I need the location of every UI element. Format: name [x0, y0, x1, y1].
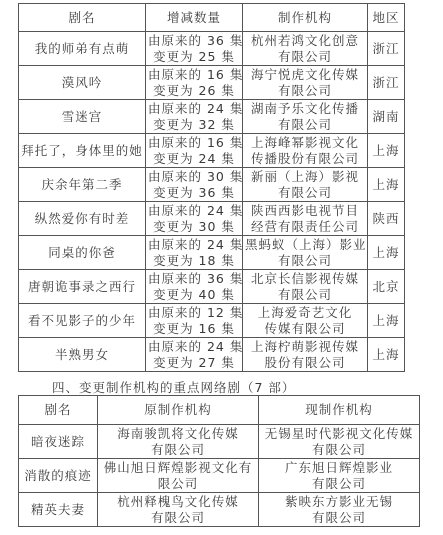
- header-change: 增减数量: [146, 4, 243, 32]
- table-row: 雪迷宫 由原来的 24 集变更为 32 集 湖南予乐文化传播有限公司 湖南: [19, 100, 405, 134]
- table-row: 漠风吟 由原来的 16 集变更为 26 集 海宁悦虎文化传媒有限公司 浙江: [19, 66, 405, 100]
- region: 北京: [368, 270, 405, 304]
- region: 湖南: [368, 100, 405, 134]
- table-header-row: 剧名 原制作机构 现制作机构: [19, 396, 420, 425]
- new-company: 紫映东方影业无锡有限公司: [259, 493, 420, 527]
- production-company: 黑蚂蚁（上海）影业有限公司: [243, 236, 368, 270]
- drama-title: 消散的痕迹: [19, 459, 98, 493]
- region: 浙江: [368, 32, 405, 66]
- header-original-company: 原制作机构: [98, 396, 259, 425]
- table-row: 半熟男女 由原来的 24 集变更为 27 集 上海柠萌影视传媒股份有限公司 上海: [19, 338, 405, 372]
- original-company: 海南骏凯将文化传媒有限公司: [98, 425, 259, 459]
- episode-change: 由原来的 24 集变更为 30 集: [146, 202, 243, 236]
- table-row: 纵然爱你有时差 由原来的 24 集变更为 30 集 陕西西影电视节目经营有限责任…: [19, 202, 405, 236]
- episode-change: 由原来的 24 集变更为 32 集: [146, 100, 243, 134]
- table-row: 同桌的你爸 由原来的 24 集变更为 18 集 黑蚂蚁（上海）影业有限公司 上海: [19, 236, 405, 270]
- table-row: 精英夫妻 杭州释槐鸟文化传媒有限公司 紫映东方影业无锡有限公司: [19, 493, 420, 527]
- production-company: 上海爱奇艺文化传媒有限公司: [243, 304, 368, 338]
- section-heading: 四、变更制作机构的重点网络剧（7 部）: [52, 380, 295, 396]
- region: 上海: [368, 338, 405, 372]
- drama-title: 半熟男女: [19, 338, 146, 372]
- table-row: 消散的痕迹 佛山旭日辉煌影视文化有限公司 广东旭日辉煌影业有限公司: [19, 459, 420, 493]
- production-company: 陕西西影电视节目经营有限责任公司: [243, 202, 368, 236]
- drama-title: 雪迷宫: [19, 100, 146, 134]
- episode-change: 由原来的 36 集变更为 25 集: [146, 32, 243, 66]
- table-row: 我的师弟有点萌 由原来的 36 集变更为 25 集 杭州若鸿文化创意有限公司 浙…: [19, 32, 405, 66]
- new-company: 广东旭日辉煌影业有限公司: [259, 459, 420, 493]
- episode-change: 由原来的 24 集变更为 27 集: [146, 338, 243, 372]
- drama-title: 我的师弟有点萌: [19, 32, 146, 66]
- production-company: 上海峰幂影视文化传播股份有限公司: [243, 134, 368, 168]
- original-company: 杭州释槐鸟文化传媒有限公司: [98, 493, 259, 527]
- drama-title: 精英夫妻: [19, 493, 98, 527]
- episode-change: 由原来的 16 集变更为 26 集: [146, 66, 243, 100]
- drama-title: 唐朝诡事录之西行: [19, 270, 146, 304]
- region: 浙江: [368, 66, 405, 100]
- drama-title: 拜托了，身体里的她: [19, 134, 146, 168]
- production-company: 海宁悦虎文化传媒有限公司: [243, 66, 368, 100]
- region: 陕西: [368, 202, 405, 236]
- original-company: 佛山旭日辉煌影视文化有限公司: [98, 459, 259, 493]
- episode-change-table: 剧名 增减数量 制作机构 地区 我的师弟有点萌 由原来的 36 集变更为 25 …: [18, 3, 405, 372]
- production-company: 上海柠萌影视传媒股份有限公司: [243, 338, 368, 372]
- region: 上海: [368, 304, 405, 338]
- drama-title: 庆余年第二季: [19, 168, 146, 202]
- production-company: 新丽（上海）影视有限公司: [243, 168, 368, 202]
- header-new-company: 现制作机构: [259, 396, 420, 425]
- region: 上海: [368, 168, 405, 202]
- table-header-row: 剧名 增减数量 制作机构 地区: [19, 4, 405, 32]
- table-row: 暗夜迷踪 海南骏凯将文化传媒有限公司 无锡星时代影视文化传媒有限公司: [19, 425, 420, 459]
- drama-title: 暗夜迷踪: [19, 425, 98, 459]
- episode-change: 由原来的 36 集变更为 40 集: [146, 270, 243, 304]
- table-row: 唐朝诡事录之西行 由原来的 36 集变更为 40 集 北京长信影视传媒有限公司 …: [19, 270, 405, 304]
- region: 上海: [368, 134, 405, 168]
- production-company: 杭州若鸿文化创意有限公司: [243, 32, 368, 66]
- episode-change: 由原来的 12 集变更为 16 集: [146, 304, 243, 338]
- episode-change: 由原来的 16 集变更为 24 集: [146, 134, 243, 168]
- production-company: 北京长信影视传媒有限公司: [243, 270, 368, 304]
- header-title: 剧名: [19, 396, 98, 425]
- drama-title: 漠风吟: [19, 66, 146, 100]
- new-company: 无锡星时代影视文化传媒有限公司: [259, 425, 420, 459]
- production-company: 湖南予乐文化传播有限公司: [243, 100, 368, 134]
- episode-change: 由原来的 24 集变更为 18 集: [146, 236, 243, 270]
- header-company: 制作机构: [243, 4, 368, 32]
- table-row: 看不见影子的少年 由原来的 12 集变更为 16 集 上海爱奇艺文化传媒有限公司…: [19, 304, 405, 338]
- table-row: 拜托了，身体里的她 由原来的 16 集变更为 24 集 上海峰幂影视文化传播股份…: [19, 134, 405, 168]
- drama-title: 同桌的你爸: [19, 236, 146, 270]
- drama-title: 纵然爱你有时差: [19, 202, 146, 236]
- drama-title: 看不见影子的少年: [19, 304, 146, 338]
- header-title: 剧名: [19, 4, 146, 32]
- region: 上海: [368, 236, 405, 270]
- table-row: 庆余年第二季 由原来的 30 集变更为 36 集 新丽（上海）影视有限公司 上海: [19, 168, 405, 202]
- header-region: 地区: [368, 4, 405, 32]
- company-change-table: 剧名 原制作机构 现制作机构 暗夜迷踪 海南骏凯将文化传媒有限公司 无锡星时代影…: [18, 395, 420, 527]
- episode-change: 由原来的 30 集变更为 36 集: [146, 168, 243, 202]
